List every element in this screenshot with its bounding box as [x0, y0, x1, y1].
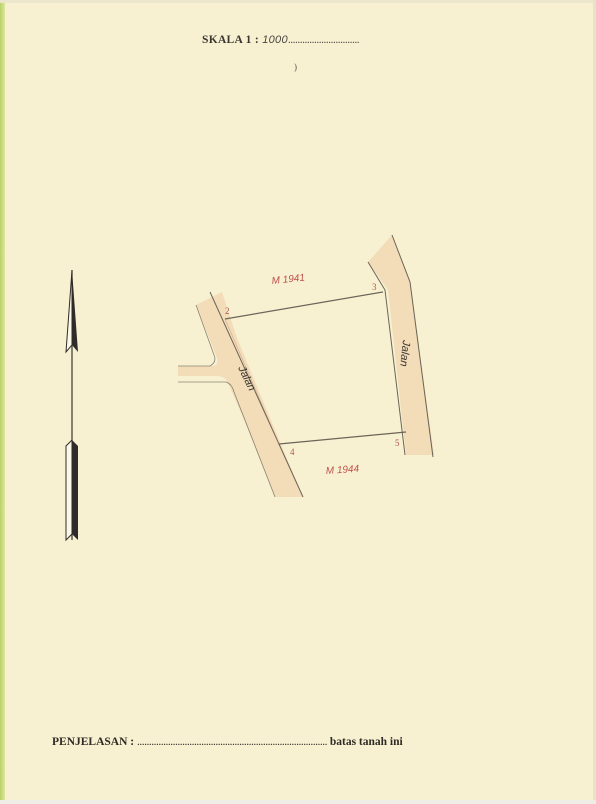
parcel-sketch: 2 3 4 5 M 1941 M 1944 Jalan Jalan [0, 0, 596, 804]
explanation-suffix: batas tanah ini [330, 736, 403, 748]
corner-label-3: 3 [372, 282, 377, 292]
explanation-label: PENJELASAN : [52, 736, 134, 748]
neighbor-bottom-label: M 1944 [325, 464, 359, 477]
explanation-dots: ........................................… [137, 736, 327, 748]
faded-stamp [200, 760, 380, 784]
north-arrow-icon [66, 270, 78, 540]
corner-label-2: 2 [225, 306, 230, 316]
corner-label-4: 4 [290, 447, 295, 457]
survey-map-page: SKALA 1 : 1000..........................… [0, 0, 596, 804]
corner-label-5: 5 [395, 438, 400, 448]
left-road [178, 292, 303, 497]
neighbor-top-label: M 1941 [271, 273, 305, 287]
explanation-line: PENJELASAN : ...........................… [52, 736, 403, 748]
